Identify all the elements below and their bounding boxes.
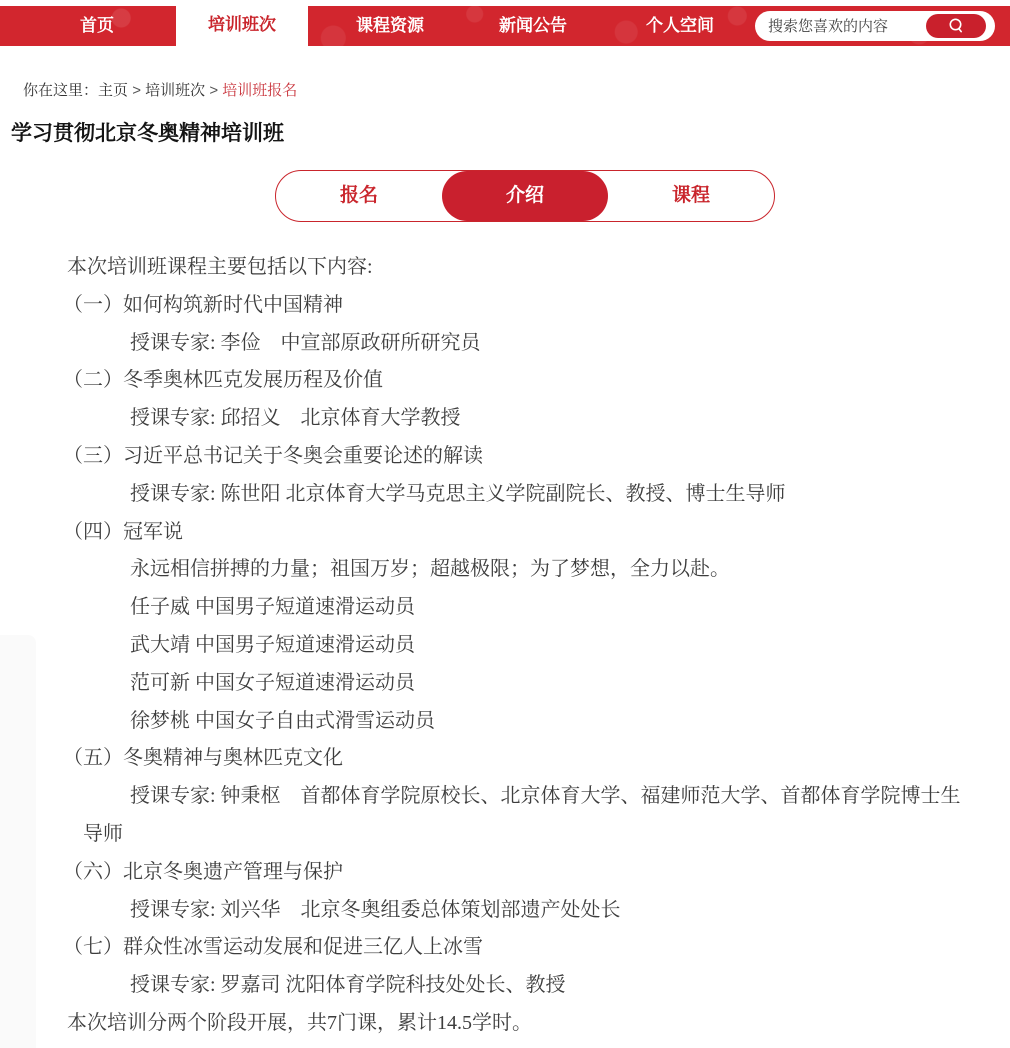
text-line: 授课专家: 钟秉枢 首都体育学院原校长、北京体育大学、福建师范大学、首都体育学院… (0, 778, 1010, 816)
text-line: 本次培训分两个阶段开展，共7门课，累计14.5学时。 (0, 1005, 1010, 1043)
text-line: 范可新 中国女子短道速滑运动员 (0, 665, 1010, 703)
text-line: （一）如何构筑新时代中国精神 (0, 287, 1010, 325)
text-line: 授课专家: 刘兴华 北京冬奥组委总体策划部遗产处处长 (0, 892, 1010, 930)
text-line: 任子威 中国男子短道速滑运动员 (0, 589, 1010, 627)
tab-enrollment[interactable]: 报名 (276, 171, 442, 221)
tab-courses[interactable]: 课程 (608, 171, 774, 221)
text-line: 永远相信拼搏的力量；祖国万岁；超越极限；为了梦想，全力以赴。 (0, 551, 1010, 589)
text-line: （二）冬季奥林匹克发展历程及价值 (0, 362, 1010, 400)
breadcrumb: 你在这里：主页 > 培训班次 > 培训班报名 (23, 79, 297, 100)
nav-item-personal-space[interactable]: 个人空间 (640, 6, 720, 46)
search-input[interactable] (755, 11, 930, 41)
text-line: 徐梦桃 中国女子自由式滑雪运动员 (0, 703, 1010, 741)
text-line: 本次培训班课程主要包括以下内容: (0, 249, 1010, 287)
tab-introduction[interactable]: 介绍 (442, 171, 608, 221)
page-title: 学习贯彻北京冬奥精神培训班 (11, 117, 284, 147)
text-line: 武大靖 中国男子短道速滑运动员 (0, 627, 1010, 665)
text-line: （五）冬奥精神与奥林匹克文化 (0, 740, 1010, 778)
text-line: （七）群众性冰雪运动发展和促进三亿人上冰雪 (0, 929, 1010, 967)
breadcrumb-current-registration: 培训班报名 (222, 82, 297, 99)
nav-item-home[interactable]: 首页 (67, 6, 127, 46)
search-box (755, 11, 995, 41)
text-line: （六）北京冬奥遗产管理与保护 (0, 854, 1010, 892)
text-line: 授课专家: 李俭 中宣部原政研所研究员 (0, 325, 1010, 363)
breadcrumb-separator: > (205, 82, 222, 99)
breadcrumb-link-home[interactable]: 主页 (98, 82, 128, 99)
nav-item-course-resources[interactable]: 课程资源 (350, 6, 430, 46)
course-description: 本次培训班课程主要包括以下内容:（一）如何构筑新时代中国精神授课专家: 李俭 中… (0, 249, 1010, 1043)
breadcrumb-label: 你在这里： (23, 82, 98, 99)
page: 首页 培训班次 课程资源 新闻公告 个人空间 你在这里：主页 > 培训班次 > … (0, 0, 1010, 1048)
text-line: 授课专家: 陈世阳 北京体育大学马克思主义学院副院长、教授、博士生导师 (0, 476, 1010, 514)
text-line: 授课专家: 邱招义 北京体育大学教授 (0, 400, 1010, 438)
text-line: （三）习近平总书记关于冬奥会重要论述的解读 (0, 438, 1010, 476)
left-gutter (0, 635, 36, 1048)
tab-group: 报名 介绍 课程 (275, 170, 775, 222)
nav-item-training-classes[interactable]: 培训班次 (176, 2, 308, 48)
text-line: （四）冠军说 (0, 514, 1010, 552)
breadcrumb-separator: > (128, 82, 145, 99)
text-line: 授课专家: 罗嘉司 沈阳体育学院科技处处长、教授 (0, 967, 1010, 1005)
top-navbar: 首页 培训班次 课程资源 新闻公告 个人空间 (0, 0, 1010, 48)
text-line: 导师 (0, 816, 1010, 854)
breadcrumb-link-training-classes[interactable]: 培训班次 (145, 82, 205, 99)
nav-item-news[interactable]: 新闻公告 (493, 6, 573, 46)
magnifier-icon (945, 17, 967, 35)
search-button[interactable] (926, 14, 986, 38)
